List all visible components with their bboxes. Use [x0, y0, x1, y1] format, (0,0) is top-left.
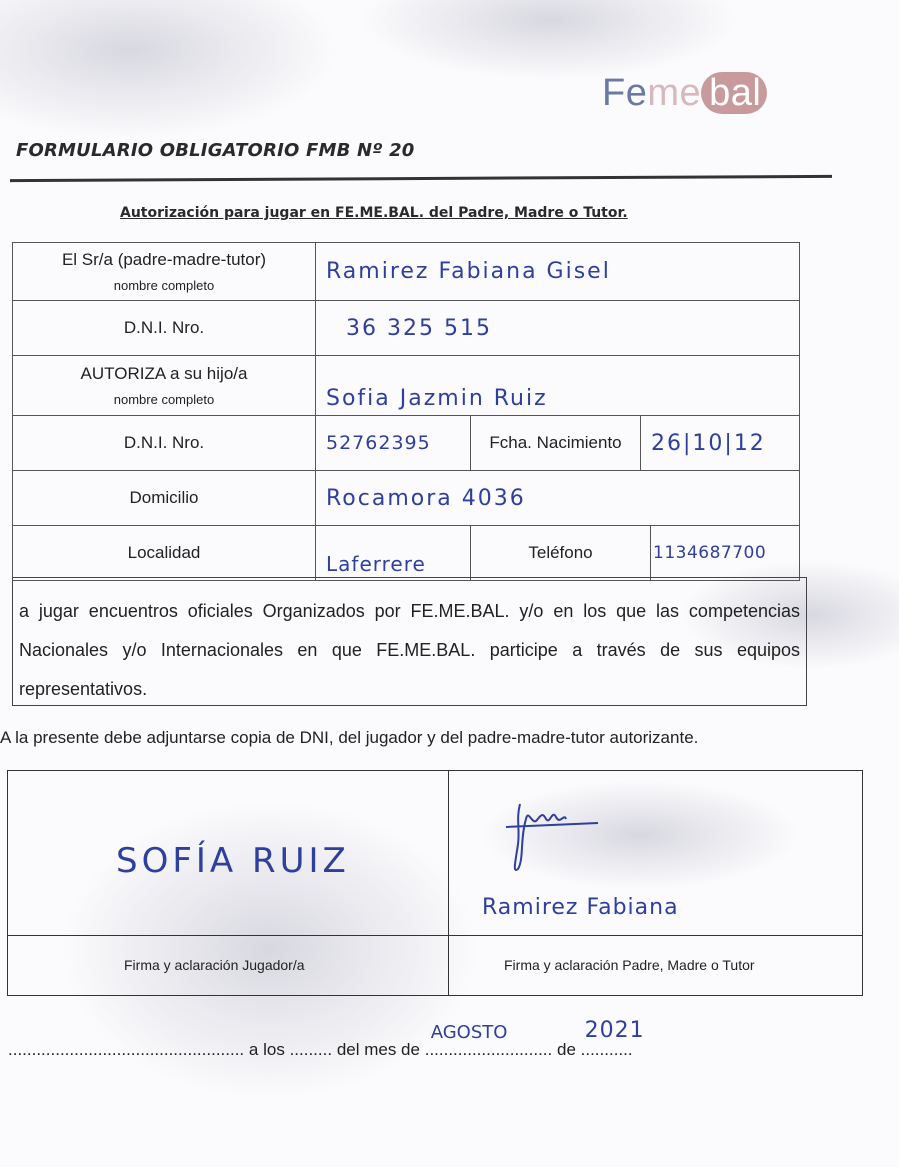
address-label-cell: Domicilio [13, 471, 315, 525]
guardian-name-label-text: El Sr/a (padre-madre-tutor) [62, 250, 266, 269]
form-title: FORMULARIO OBLIGATORIO FMB Nº 20 [16, 140, 415, 161]
paper-shadow [0, 0, 340, 140]
guardian-signature-caption: Firma y aclaración Padre, Madre o Tutor [504, 957, 755, 973]
guardian-dni-value: 36 325 515 [326, 316, 492, 341]
logo-text-bal: bal [701, 72, 767, 114]
locality-label: Localidad [128, 543, 201, 563]
child-name-field[interactable]: Sofia Jazmin Ruiz [315, 356, 799, 415]
date-line: ........................................… [8, 1040, 633, 1060]
locality-label-cell: Localidad [13, 526, 315, 580]
phone-label-cell: Teléfono [470, 526, 650, 580]
guardian-signature-name[interactable]: Ramirez Fabiana [482, 895, 679, 920]
locality-row: Localidad Laferrere Teléfono 1134687700 [12, 525, 800, 581]
femebal-logo: Femebal [602, 72, 767, 115]
address-value: Rocamora 4036 [326, 486, 526, 511]
birth-date-label-cell: Fcha. Nacimiento [470, 416, 640, 470]
child-name-row: AUTORIZA a su hijo/a nombre completo Sof… [12, 355, 800, 415]
guardian-name-value: Ramirez Fabiana Gisel [326, 259, 611, 284]
child-name-label-text: AUTORIZA a su hijo/a [81, 364, 248, 383]
locality-value: Laferrere [326, 552, 426, 576]
child-dni-row: D.N.I. Nro. 52762395 Fcha. Nacimiento 26… [12, 415, 800, 470]
a-los-label: a los [249, 1040, 285, 1059]
form-subtitle: Autorización para jugar en FE.ME.BAL. de… [120, 205, 628, 221]
place-field[interactable]: ........................................… [8, 1040, 244, 1059]
logo-text-me: me [647, 72, 701, 114]
guardian-dni-label: D.N.I. Nro. [124, 318, 204, 338]
title-divider [10, 175, 832, 182]
signature-caption-divider [8, 935, 862, 936]
phone-field[interactable]: 1134687700 [650, 526, 799, 580]
signature-divider [448, 771, 449, 995]
birth-date-label: Fcha. Nacimiento [489, 433, 621, 453]
month-field[interactable]: ........................... AGOSTO [425, 1040, 557, 1059]
year-value: 2021 [585, 1018, 645, 1043]
day-field[interactable]: ......... [290, 1040, 333, 1059]
locality-field[interactable]: Laferrere [315, 526, 470, 580]
phone-value: 1134687700 [653, 543, 766, 563]
guardian-dni-field[interactable]: 36 325 515 [315, 301, 799, 355]
guardian-name-label: El Sr/a (padre-madre-tutor) nombre compl… [62, 250, 266, 293]
year-label: de [557, 1040, 576, 1059]
birth-date-value: 26|10|12 [651, 431, 766, 456]
guardian-dni-label-cell: D.N.I. Nro. [13, 301, 315, 355]
child-name-sublabel: nombre completo [81, 392, 248, 407]
year-field[interactable]: ........... 2021 [581, 1040, 633, 1059]
guardian-name-row: El Sr/a (padre-madre-tutor) nombre compl… [12, 242, 800, 300]
guardian-name-field[interactable]: Ramirez Fabiana Gisel [315, 243, 799, 300]
child-name-value: Sofia Jazmin Ruiz [326, 386, 548, 411]
month-value: AGOSTO [431, 1022, 508, 1043]
guardian-name-sublabel: nombre completo [62, 278, 266, 293]
birth-date-field[interactable]: 26|10|12 [640, 416, 799, 470]
address-field[interactable]: Rocamora 4036 [315, 471, 799, 525]
child-dni-label: D.N.I. Nro. [124, 433, 204, 453]
guardian-signature-scribble[interactable] [498, 799, 608, 879]
month-label: del mes de [337, 1040, 420, 1059]
guardian-name-label-cell: El Sr/a (padre-madre-tutor) nombre compl… [13, 243, 315, 300]
paper-shadow [360, 0, 740, 80]
signature-section: SOFÍA RUIZ Ramirez Fabiana Firma y aclar… [7, 770, 863, 996]
child-name-label: AUTORIZA a su hijo/a nombre completo [81, 364, 248, 407]
logo-text-fe: Fe [602, 72, 647, 114]
phone-label: Teléfono [528, 543, 592, 563]
child-name-label-cell: AUTORIZA a su hijo/a nombre completo [13, 356, 315, 415]
address-row: Domicilio Rocamora 4036 [12, 470, 800, 525]
authorization-form-grid: El Sr/a (padre-madre-tutor) nombre compl… [12, 242, 800, 581]
child-dni-value: 52762395 [326, 432, 431, 454]
authorization-text: a jugar encuentros oficiales Organizados… [12, 577, 807, 706]
child-dni-label-cell: D.N.I. Nro. [13, 416, 315, 470]
address-label: Domicilio [130, 488, 199, 508]
guardian-dni-row: D.N.I. Nro. 36 325 515 [12, 300, 800, 355]
player-signature[interactable]: SOFÍA RUIZ [116, 841, 350, 881]
child-dni-field[interactable]: 52762395 [315, 416, 470, 470]
player-signature-caption: Firma y aclaración Jugador/a [124, 957, 305, 973]
attachment-note: A la presente debe adjuntarse copia de D… [0, 728, 698, 748]
